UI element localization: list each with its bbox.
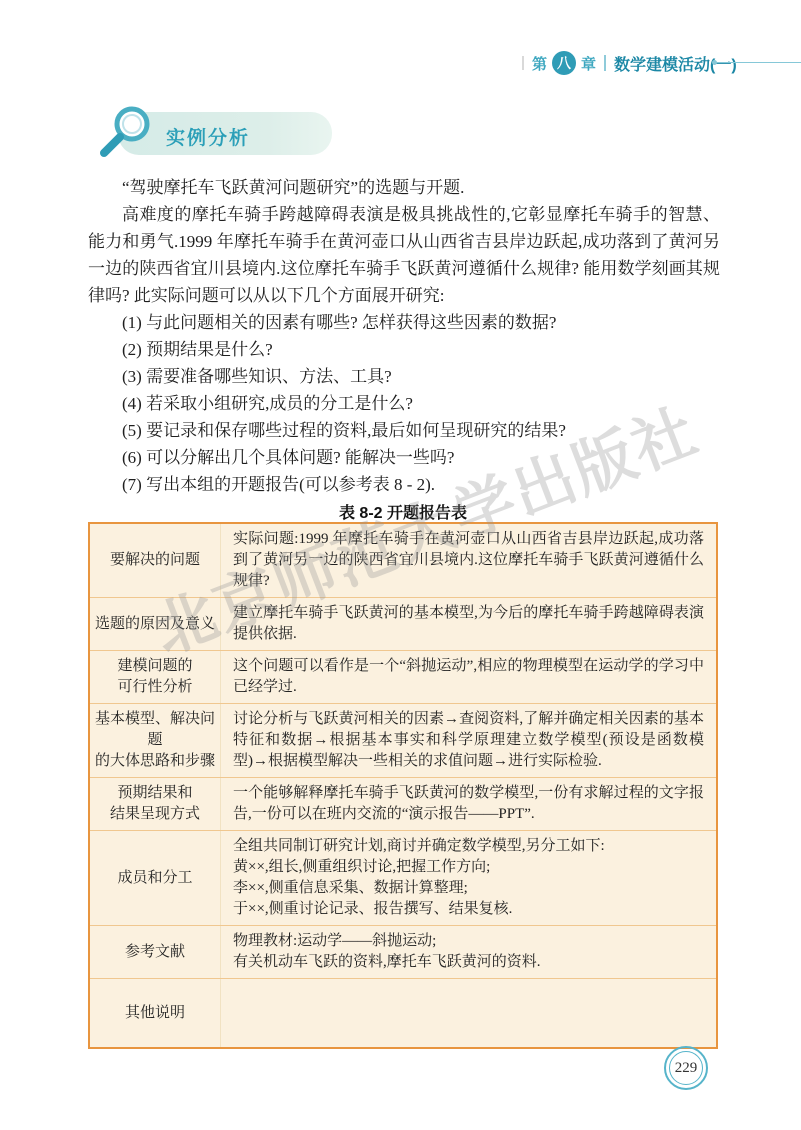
question-list: (1) 与此问题相关的因素有哪些? 怎样获得这些因素的数据? (2) 预期结果是… bbox=[88, 309, 720, 498]
report-table: 要解决的问题 实际问题:1999 年摩托车骑手在黄河壶口从山西省吉县岸边跃起,成… bbox=[88, 522, 718, 1049]
table-row: 参考文献 物理教材:运动学——斜抛运动; 有关机动车飞跃的资料,摩托车飞跃黄河的… bbox=[90, 926, 716, 979]
paragraph-topic: “驾驶摩托车飞跃黄河问题研究”的选题与开题. bbox=[88, 174, 720, 201]
table-row: 基本模型、解决问题 的大体思路和步骤 讨论分析与飞跃黄河相关的因素→查阅资料,了… bbox=[90, 704, 716, 778]
header-rule-line bbox=[716, 62, 801, 63]
row-label: 建模问题的 可行性分析 bbox=[90, 651, 221, 703]
row-content: 全组共同制订研究计划,商讨并确定数学模型,另分工如下: 黄××,组长,侧重组织讨… bbox=[221, 831, 716, 925]
chapter-number-badge: 八 bbox=[552, 51, 576, 75]
page-header: 第 八 章 数学建模活动(一) bbox=[0, 48, 801, 78]
question-item-4: (4) 若采取小组研究,成员的分工是什么? bbox=[88, 390, 720, 417]
row-content: 一个能够解释摩托车骑手飞跃黄河的数学模型,一份有求解过程的文字报告,一份可以在班… bbox=[221, 778, 716, 830]
row-label: 选题的原因及意义 bbox=[90, 598, 221, 650]
page-number-badge: 229 bbox=[664, 1046, 708, 1090]
row-label: 预期结果和 结果呈现方式 bbox=[90, 778, 221, 830]
textbook-page: 第 八 章 数学建模活动(一) 实例分析 “驾驶摩托车飞跃黄河问题研究”的选题与… bbox=[0, 0, 801, 1130]
row-content: 物理教材:运动学——斜抛运动; 有关机动车飞跃的资料,摩托车飞跃黄河的资料. bbox=[221, 926, 716, 978]
section-banner-label: 实例分析 bbox=[166, 123, 250, 150]
question-item-1: (1) 与此问题相关的因素有哪些? 怎样获得这些因素的数据? bbox=[88, 309, 720, 336]
row-label: 基本模型、解决问题 的大体思路和步骤 bbox=[90, 704, 221, 777]
row-content: 实际问题:1999 年摩托车骑手在黄河壶口从山西省吉县岸边跃起,成功落到了黄河另… bbox=[221, 524, 716, 597]
question-item-3: (3) 需要准备哪些知识、方法、工具? bbox=[88, 363, 720, 390]
table-row: 预期结果和 结果呈现方式 一个能够解释摩托车骑手飞跃黄河的数学模型,一份有求解过… bbox=[90, 778, 716, 831]
page-number: 229 bbox=[669, 1051, 703, 1085]
row-content: 这个问题可以看作是一个“斜抛运动”,相应的物理模型在运动学的学习中已经学过. bbox=[221, 651, 716, 703]
chapter-suffix: 章 bbox=[581, 53, 596, 74]
row-label: 其他说明 bbox=[90, 979, 221, 1047]
question-item-5: (5) 要记录和保存哪些过程的资料,最后如何呈现研究的结果? bbox=[88, 417, 720, 444]
table-row: 选题的原因及意义 建立摩托车骑手飞跃黄河的基本模型,为今后的摩托车骑手跨越障碍表… bbox=[90, 598, 716, 651]
question-item-7: (7) 写出本组的开题报告(可以参考表 8 - 2). bbox=[88, 471, 720, 498]
row-label: 成员和分工 bbox=[90, 831, 221, 925]
table-row: 建模问题的 可行性分析 这个问题可以看作是一个“斜抛运动”,相应的物理模型在运动… bbox=[90, 651, 716, 704]
chapter-title: 数学建模活动(一) bbox=[614, 52, 737, 75]
magnifier-icon bbox=[92, 100, 158, 166]
table-caption: 表 8-2 开题报告表 bbox=[88, 500, 718, 523]
row-content bbox=[221, 979, 716, 1047]
chapter-prefix: 第 bbox=[532, 53, 547, 74]
table-row: 其他说明 bbox=[90, 979, 716, 1047]
header-tick-divider bbox=[522, 56, 524, 70]
question-item-6: (6) 可以分解出几个具体问题? 能解决一些吗? bbox=[88, 444, 720, 471]
table-row: 要解决的问题 实际问题:1999 年摩托车骑手在黄河壶口从山西省吉县岸边跃起,成… bbox=[90, 524, 716, 598]
row-label: 参考文献 bbox=[90, 926, 221, 978]
question-item-2: (2) 预期结果是什么? bbox=[88, 336, 720, 363]
header-separator bbox=[604, 55, 606, 71]
table-row: 成员和分工 全组共同制订研究计划,商讨并确定数学模型,另分工如下: 黄××,组长… bbox=[90, 831, 716, 926]
paragraph-intro: 高难度的摩托车骑手跨越障碍表演是极具挑战性的,它彰显摩托车骑手的智慧、能力和勇气… bbox=[88, 201, 720, 309]
body-text: “驾驶摩托车飞跃黄河问题研究”的选题与开题. 高难度的摩托车骑手跨越障碍表演是极… bbox=[88, 174, 720, 498]
row-content: 建立摩托车骑手飞跃黄河的基本模型,为今后的摩托车骑手跨越障碍表演提供依据. bbox=[221, 598, 716, 650]
row-content: 讨论分析与飞跃黄河相关的因素→查阅资料,了解并确定相关因素的基本特征和数据→根据… bbox=[221, 704, 716, 777]
row-label: 要解决的问题 bbox=[90, 524, 221, 597]
